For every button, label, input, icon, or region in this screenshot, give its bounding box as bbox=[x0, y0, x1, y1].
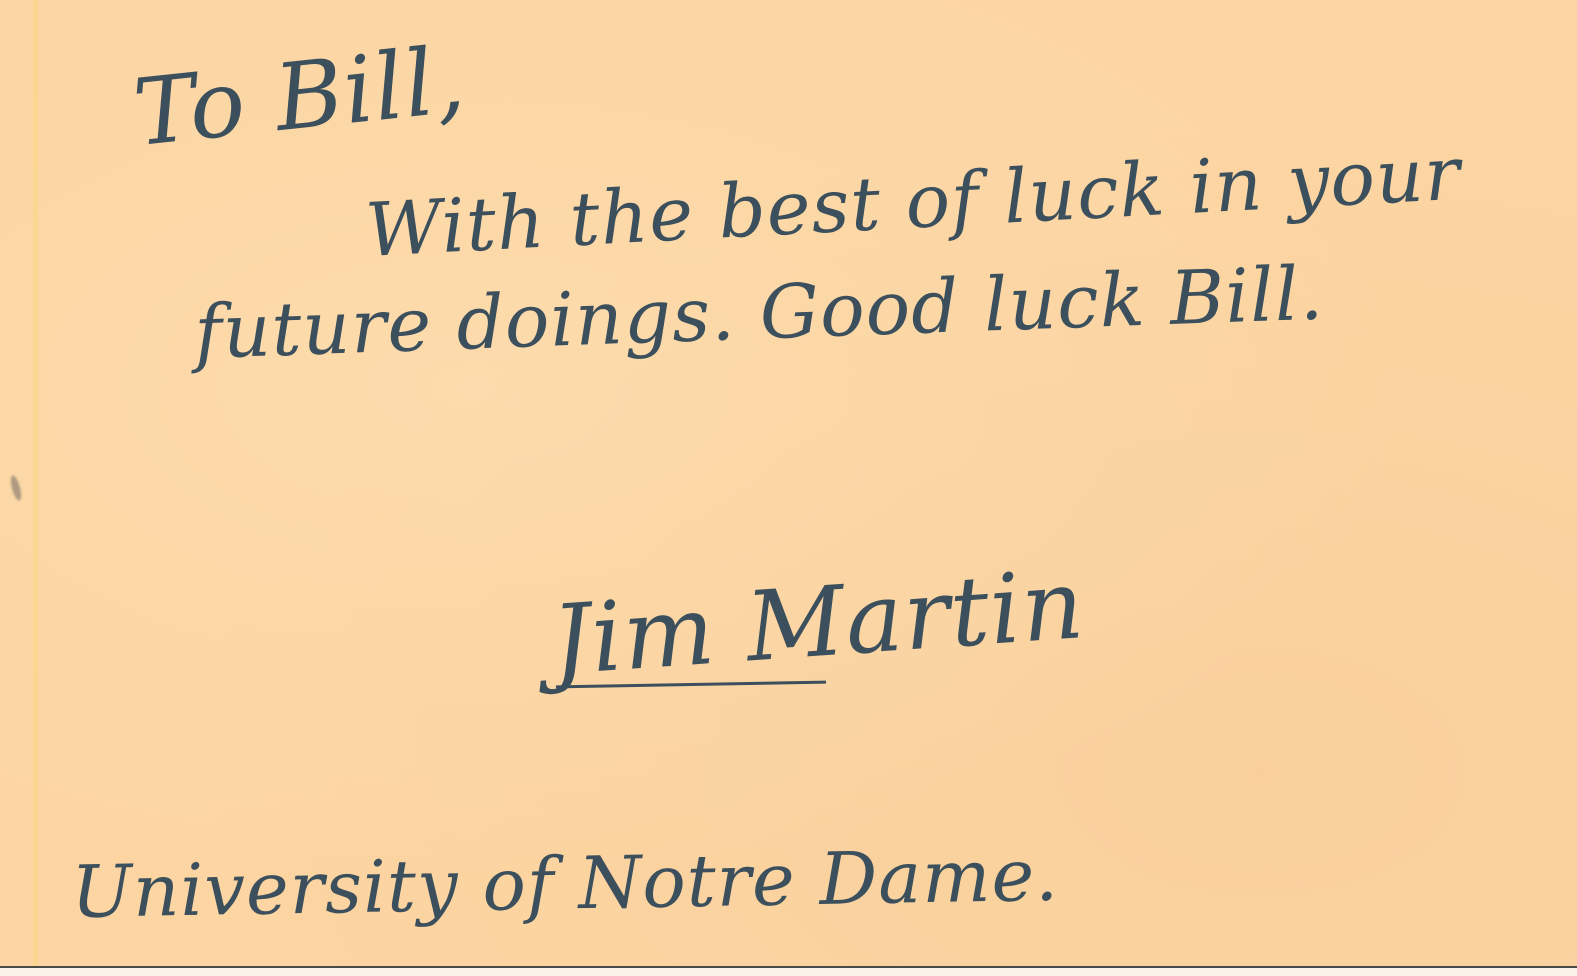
signature: Jim Martin bbox=[548, 548, 1088, 697]
salutation: To Bill, bbox=[129, 26, 470, 167]
message-line-2: future doings. Good luck Bill. bbox=[193, 251, 1325, 376]
paper-fold-line bbox=[33, 0, 38, 966]
ink-smudge bbox=[9, 474, 23, 501]
affiliation: University of Notre Dame. bbox=[71, 833, 1060, 934]
autograph-card: To Bill, With the best of luck in your f… bbox=[0, 0, 1577, 968]
